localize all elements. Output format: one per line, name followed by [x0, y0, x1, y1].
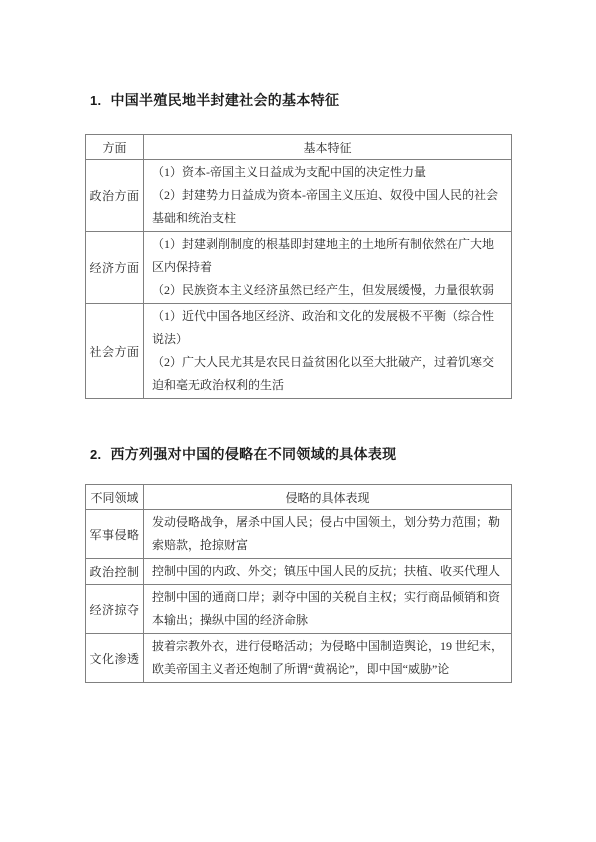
- aggression-domains-table: 不同领域 侵略的具体表现 军事侵略 发动侵略战争，屠杀中国人民；侵占中国领土，划…: [85, 484, 512, 683]
- aggression-item: 控制中国的内政、外交；镇压中国人民的反抗；扶植、收买代理人: [152, 560, 503, 583]
- row-label-culture: 文化渗透: [86, 634, 144, 683]
- table-row-military: 军事侵略 发动侵略战争，屠杀中国人民；侵占中国领土，划分势力范围；勒索赔款，抢掠…: [86, 510, 512, 559]
- row-content-economic: （1）封建剥削制度的根基即封建地主的土地所有制依然在广大地区内保持着 （2）民族…: [144, 232, 512, 304]
- feature-item: （1）资本-帝国主义日益成为支配中国的决定性力量: [152, 161, 503, 184]
- table-row-economy: 经济掠夺 控制中国的通商口岸；剥夺中国的关税自主权；实行商品倾销和资本输出；操纵…: [86, 585, 512, 634]
- row-content-military: 发动侵略战争，屠杀中国人民；侵占中国领土，划分势力范围；勒索赔款，抢掠财富: [144, 510, 512, 559]
- document-page: 1.中国半殖民地半封建社会的基本特征 方面 基本特征 政治方面 （1）资本-帝国…: [0, 0, 596, 842]
- row-label-economy: 经济掠夺: [86, 585, 144, 634]
- table-1-col1-header: 方面: [86, 135, 144, 160]
- row-content-political: （1）资本-帝国主义日益成为支配中国的决定性力量 （2）封建势力日益成为资本-帝…: [144, 160, 512, 232]
- section-2-title: 西方列强对中国的侵略在不同领域的具体表现: [110, 446, 396, 462]
- feature-item: （2）广大人民尤其是农民日益贫困化以至大批破产，过着饥寒交迫和毫无政治权利的生活: [152, 351, 503, 397]
- feature-item: （1）封建剥削制度的根基即封建地主的土地所有制依然在广大地区内保持着: [152, 233, 503, 279]
- row-content-culture: 披着宗教外衣，进行侵略活动；为侵略中国制造舆论，19 世纪末，欧美帝国主义者还炮…: [144, 634, 512, 683]
- table-2-col1-header: 不同领域: [86, 485, 144, 510]
- table-row-economic: 经济方面 （1）封建剥削制度的根基即封建地主的土地所有制依然在广大地区内保持着 …: [86, 232, 512, 304]
- row-label-social: 社会方面: [86, 304, 144, 399]
- section-2-number: 2.: [90, 447, 101, 462]
- feature-item: （1）近代中国各地区经济、政治和文化的发展极不平衡（综合性说法）: [152, 305, 503, 351]
- row-content-economy: 控制中国的通商口岸；剥夺中国的关税自主权；实行商品倾销和资本输出；操纵中国的经济…: [144, 585, 512, 634]
- table-row-political: 政治方面 （1）资本-帝国主义日益成为支配中国的决定性力量 （2）封建势力日益成…: [86, 160, 512, 232]
- feature-item: （2）民族资本主义经济虽然已经产生，但发展缓慢，力量很软弱: [152, 279, 503, 302]
- section-2-heading: 2.西方列强对中国的侵略在不同领域的具体表现: [90, 446, 596, 463]
- aggression-item: 披着宗教外衣，进行侵略活动；为侵略中国制造舆论，19 世纪末，欧美帝国主义者还炮…: [152, 635, 503, 681]
- aggression-item: 控制中国的通商口岸；剥夺中国的关税自主权；实行商品倾销和资本输出；操纵中国的经济…: [152, 586, 503, 632]
- table-row-culture: 文化渗透 披着宗教外衣，进行侵略活动；为侵略中国制造舆论，19 世纪末，欧美帝国…: [86, 634, 512, 683]
- table-row-politics: 政治控制 控制中国的内政、外交；镇压中国人民的反抗；扶植、收买代理人: [86, 559, 512, 585]
- row-label-economic: 经济方面: [86, 232, 144, 304]
- basic-features-table: 方面 基本特征 政治方面 （1）资本-帝国主义日益成为支配中国的决定性力量 （2…: [85, 134, 512, 399]
- section-1-title: 中国半殖民地半封建社会的基本特征: [110, 92, 339, 108]
- table-header-row: 不同领域 侵略的具体表现: [86, 485, 512, 510]
- row-content-politics: 控制中国的内政、外交；镇压中国人民的反抗；扶植、收买代理人: [144, 559, 512, 585]
- table-2-col2-header: 侵略的具体表现: [144, 485, 512, 510]
- table-1-col2-header: 基本特征: [144, 135, 512, 160]
- table-header-row: 方面 基本特征: [86, 135, 512, 160]
- aggression-item: 发动侵略战争，屠杀中国人民；侵占中国领土，划分势力范围；勒索赔款，抢掠财富: [152, 511, 503, 557]
- row-label-political: 政治方面: [86, 160, 144, 232]
- table-row-social: 社会方面 （1）近代中国各地区经济、政治和文化的发展极不平衡（综合性说法） （2…: [86, 304, 512, 399]
- section-1-heading: 1.中国半殖民地半封建社会的基本特征: [90, 92, 596, 109]
- row-label-politics: 政治控制: [86, 559, 144, 585]
- feature-item: （2）封建势力日益成为资本-帝国主义压迫、奴役中国人民的社会基础和统治支柱: [152, 184, 503, 230]
- row-label-military: 军事侵略: [86, 510, 144, 559]
- section-1-number: 1.: [90, 93, 101, 108]
- row-content-social: （1）近代中国各地区经济、政治和文化的发展极不平衡（综合性说法） （2）广大人民…: [144, 304, 512, 399]
